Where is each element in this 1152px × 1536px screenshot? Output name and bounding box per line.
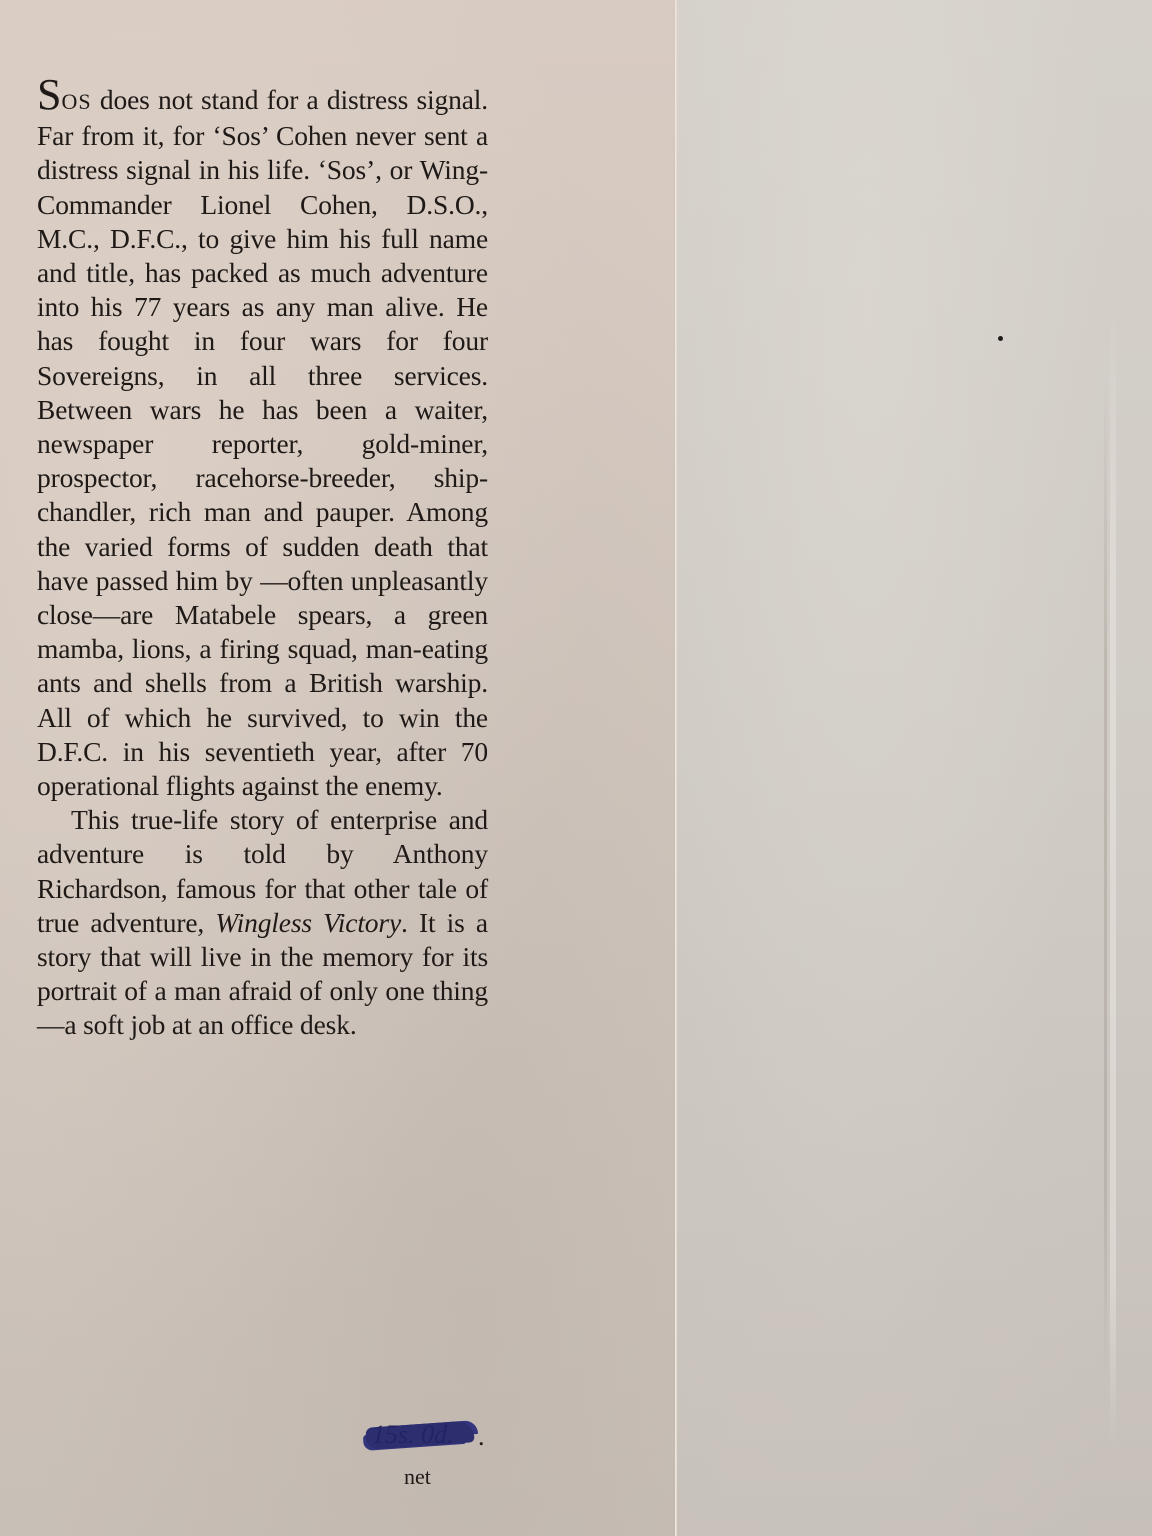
drop-cap: S: [37, 70, 61, 119]
flap-blurb-text: Sos does not stand for a distress signal…: [37, 80, 488, 1043]
edge-crease: [1104, 380, 1107, 1380]
book-title-wingless-victory: Wingless Victory: [215, 907, 401, 938]
lead-small-caps: os: [61, 89, 91, 114]
blurb-paragraph-2: This true-life story of enterprise and a…: [37, 803, 488, 1042]
price-block: 15s. 0d. . net: [360, 1416, 490, 1516]
edge-highlight: [1110, 300, 1116, 1450]
price-net-label: net: [404, 1464, 431, 1490]
jacket-front-flap: Sos does not stand for a distress signal…: [0, 0, 676, 1536]
blurb-paragraph-1: Sos does not stand for a distress signal…: [37, 80, 488, 803]
jacket-inner-panel: [677, 0, 1152, 1536]
paper-speck: [998, 336, 1003, 341]
paragraph-1-body: does not stand for a distress signal. Fa…: [37, 84, 488, 801]
price-period: .: [478, 1422, 485, 1452]
